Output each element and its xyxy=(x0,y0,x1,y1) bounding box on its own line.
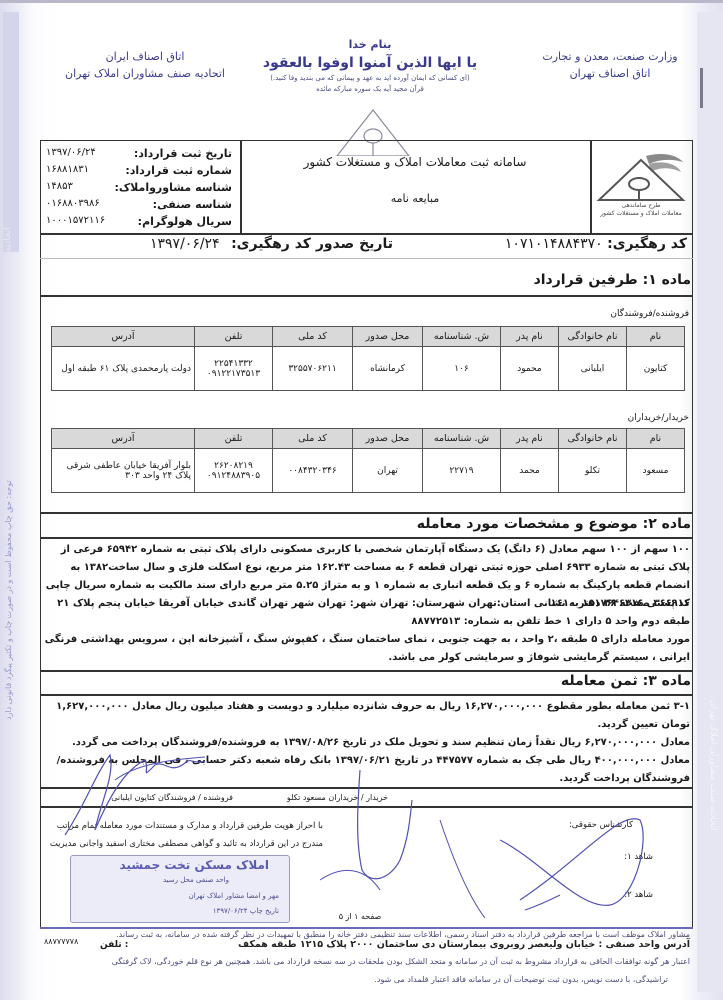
verification-text-1: با احراز هویت طرفین قرارداد و مدارک و مس… xyxy=(57,821,323,831)
meta-guild-id: شناسه صنفی: ۰۱۶۸۸۰۳۹۸۶ xyxy=(42,198,240,215)
divider xyxy=(40,537,693,539)
witness1-label: شاهد ۱: xyxy=(624,852,653,862)
divider xyxy=(40,258,693,259)
document-page: اتحادیه توجه: حق چاپ محفوظ است و در صورت… xyxy=(0,0,723,1000)
iran-chamber-name: اتاق اصناف ایران xyxy=(60,48,230,65)
divider xyxy=(40,512,693,514)
footer-note-1: مشاور املاک موظف است با مراجعه طرفین قرا… xyxy=(116,930,690,939)
side-copyright-text: توجه: حق چاپ محفوظ است و در صورت چاپ و ت… xyxy=(4,260,18,720)
legal-expert-label: کارشناس حقوقی: xyxy=(569,820,633,830)
tracking-date-label: تاریخ صدور کد رهگیری: xyxy=(231,236,393,252)
ministry-name: وزارت صنعت، معدن و تجارت xyxy=(535,48,685,65)
divider xyxy=(40,295,693,297)
chamber-name: اتاق اصناف تهران xyxy=(535,65,685,82)
right-margin-mark xyxy=(700,68,703,108)
meta-hologram-serial: سریال هولوگرام: ۱۰۰۰۱۵۷۲۱۱۶ xyxy=(42,215,240,232)
meta-agent-id: شناسه مشاورواملاک: ۱۴۸۵۳ xyxy=(42,181,240,198)
footer-tel-label: تلفن : xyxy=(100,940,128,950)
tracking-code: کد رهگیری: ۱۰۷۱۰۱۴۸۸۴۳۷۰ xyxy=(505,236,687,252)
sellers-label: فروشنده/فروشندگان xyxy=(610,309,689,319)
buyer-signature-label: خریدار / خریداران مسعود تکلو xyxy=(287,793,388,802)
footer-address: آدرس واحد صنفی : خیابان ولیعصر روبروی بی… xyxy=(60,939,690,950)
buyers-label: خریدار/خریداران xyxy=(628,413,689,423)
table-header-row: نام نام خانوادگی نام پدر ش. شناسنامه محل… xyxy=(52,327,685,347)
system-title: سامانه ثبت معاملات املاک و مستغلات کشور xyxy=(240,155,590,169)
agency-stamp: املاک مسکن تخت جمشید واحد صنفی محل رسید … xyxy=(70,855,290,923)
side-text-left-top: اتحادیه xyxy=(3,12,19,252)
side-text-right: اتحادیه صنف مشاوران املاک تهران xyxy=(700,700,718,900)
logo-caption: معاملات املاک و مستغلات کشور xyxy=(591,210,691,217)
verse-source: قرآن مجید آیه یک سوره مبارکه مائده xyxy=(230,84,510,95)
header-invocation: بنام خدا یا ایها الذین آمنوا اوفوا بالعق… xyxy=(230,36,510,95)
union-name: اتحادیه صنف مشاوران املاک تهران xyxy=(60,65,230,82)
price-total: ۳-۱ ثمن معامله بطور مقطوع ۱۶,۲۷۰,۰۰۰,۰۰۰… xyxy=(44,698,690,734)
price-check-installment: معادل ۴۰۰,۰۰۰,۰۰۰ ریال طی چک به شماره ۴۴… xyxy=(44,752,690,788)
footer-note-3: تراشیدگی، با دست نویس، بدون ثبت توضیحات … xyxy=(374,975,668,984)
invocation-title: بنام خدا xyxy=(230,36,510,53)
table-row: مسعود تکلو محمد ۲۲۷۱۹ تهران ۰۰۸۴۳۲۰۳۴۶ ۲… xyxy=(52,449,685,493)
verification-text-2: مندرج در این قرارداد به تائید و گواهی مص… xyxy=(50,839,323,849)
footer-tel-value: ۸۸۷۷۷۷۷۸ xyxy=(44,937,78,946)
table-row: کتایون ایلبانی محمود ۱۰۶ کرمانشاه ۳۲۵۵۷۰… xyxy=(52,347,685,391)
tracking-date-value: ۱۳۹۷/۰۶/۲۴ xyxy=(150,236,220,252)
page-number: صفحه ۱ از ۵ xyxy=(300,912,420,921)
sellers-table: نام نام خانوادگی نام پدر ش. شناسنامه محل… xyxy=(51,326,685,391)
seller-signature-label: فروشنده / فروشندگان کتایون ایلبانی xyxy=(111,793,233,802)
footer-rule xyxy=(40,927,693,929)
witness2-label: شاهد ۲: xyxy=(624,890,653,900)
top-edge xyxy=(0,0,723,3)
section3-title: ماده ۳: ثمن معامله xyxy=(561,673,691,689)
meta-contract-date: تاریخ ثبت قرارداد: ۱۳۹۷/۰۶/۲۴ xyxy=(42,147,240,164)
registry-logo-icon xyxy=(591,150,691,202)
property-address: کد پستی ۱۵۱۷۶۴۶۳۱۶ به نشانی استان:تهران … xyxy=(44,595,690,631)
header-union: اتاق اصناف ایران اتحادیه صنف مشاوران امل… xyxy=(60,48,230,82)
registry-logo: طرح ساماندهی معاملات املاک و مستغلات کشو… xyxy=(591,150,691,228)
footer-note-2: اعتبار هر گونه توافقات الحاقی به قرارداد… xyxy=(112,957,690,966)
divider xyxy=(40,233,693,235)
logo-caption: طرح ساماندهی xyxy=(591,202,691,209)
divider xyxy=(40,670,693,672)
verse-translation: (ای کسانی که ایمان آورده اید به عهد و پی… xyxy=(230,73,510,84)
buyers-table: نام نام خانوادگی نام پدر ش. شناسنامه محل… xyxy=(51,428,685,493)
divider xyxy=(40,694,693,696)
header-ministry: وزارت صنعت، معدن و تجارت اتاق اصناف تهرا… xyxy=(535,48,685,82)
section2-title: ماده ۲: موضوع و مشخصات مورد معامله xyxy=(417,516,691,532)
document-title: مبایعه نامه xyxy=(240,192,590,205)
divider xyxy=(40,806,693,808)
meta-contract-number: شماره ثبت قرارداد: ۱۶۸۸۱۸۳۱ xyxy=(42,164,240,181)
table-header-row: نام نام خانوادگی نام پدر ش. شناسنامه محل… xyxy=(52,429,685,449)
quran-verse: یا ایها الذین آمنوا اوفوا بالعقود xyxy=(230,53,510,73)
property-features: مورد معامله دارای ۵ طبقه ،۲ واحد ، به جه… xyxy=(44,631,690,667)
divider xyxy=(40,787,693,789)
section1-title: ماده ۱: طرفین قرارداد xyxy=(534,272,691,288)
divider xyxy=(240,140,242,233)
price-cash-installment: معادل ۶,۲۷۰,۰۰۰,۰۰۰ ریال نقداً زمان تنظی… xyxy=(44,734,690,752)
